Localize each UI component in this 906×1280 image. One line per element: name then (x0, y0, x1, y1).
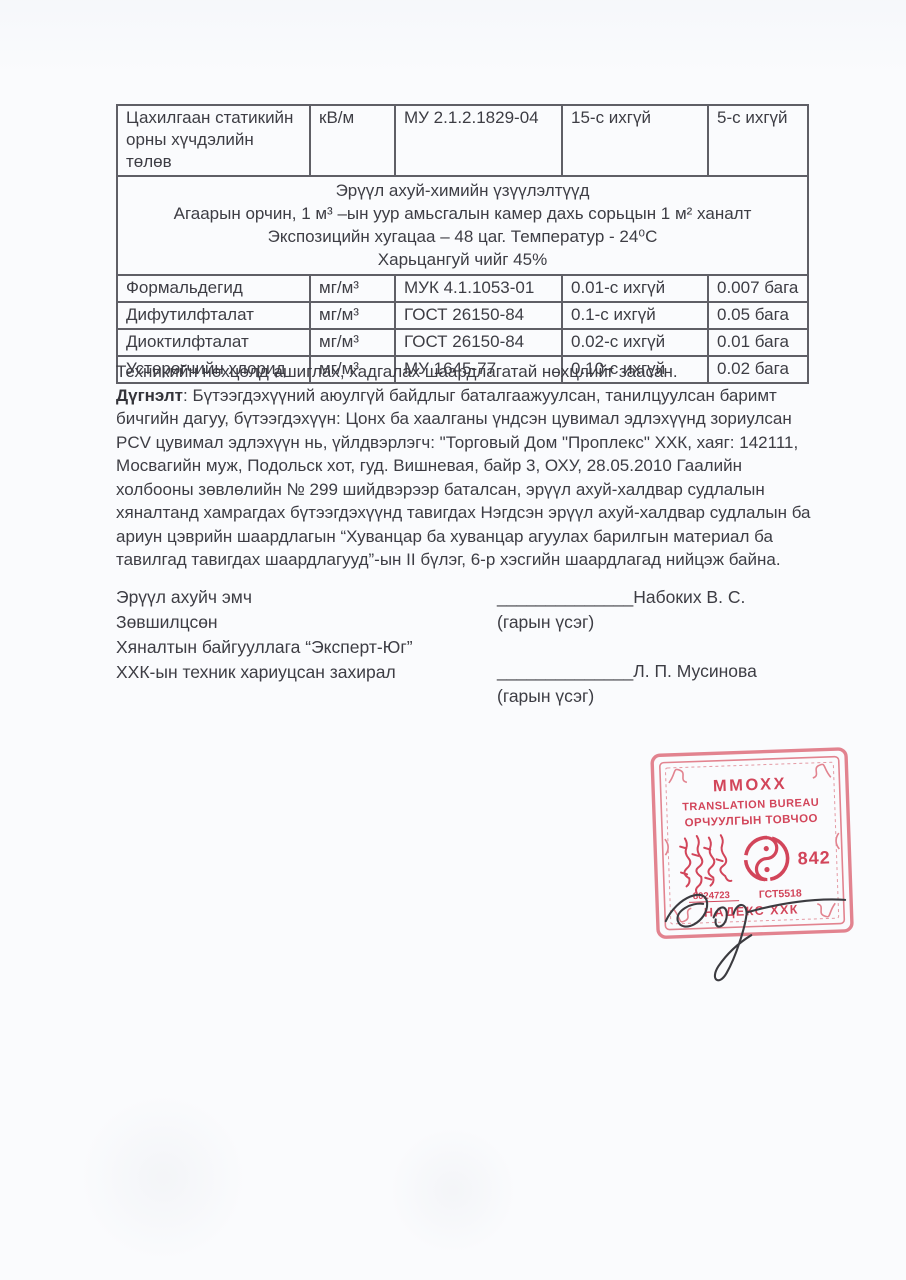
parameter-result: 0.007 бага (708, 275, 808, 302)
parameter-method: ГОСТ 26150-84 (395, 329, 562, 356)
scanned-document-page: Цахилгаан статикийн орны хүчдэлийн төлөв… (0, 0, 906, 1280)
parameter-name: Диоктилфталат (117, 329, 310, 356)
section-humidity: Харьцангуй чийг 45% (122, 248, 803, 271)
test-results-table: Цахилгаан статикийн орны хүчдэлийн төлөв… (116, 104, 809, 384)
stamp-line-mn: ОРЧУУЛГЫН ТОВЧОО (684, 813, 818, 830)
parameter-name: Формальдегид (117, 275, 310, 302)
signer-title-approved: Зөвшилцсөн (116, 610, 413, 635)
parameter-unit: кВ/м (310, 105, 395, 176)
mongolian-script-glyphs (680, 835, 732, 894)
table-row-dibutyl-phthalate: Дифутилфталат мг/м³ ГОСТ 26150-84 0.1-с … (117, 302, 808, 329)
table-row-electrostatic: Цахилгаан статикийн орны хүчдэлийн төлөв… (117, 105, 808, 176)
parameter-result: 0.05 бага (708, 302, 808, 329)
table-row-dioctyl-phthalate: Диоктилфталат мг/м³ ГОСТ 26150-84 0.02-с… (117, 329, 808, 356)
section-header-row: Эрүүл ахуй-химийн үзүүлэлтүүд Агаарын ор… (117, 176, 808, 275)
signature-line-musinova: ______________Л. П. Мусинова (497, 659, 757, 684)
signer-title-director: ХХК-ын техник хариуцсан захирал (116, 660, 413, 685)
conclusion-paragraph: Дүгнэлт: Бүтээгдэхүүний аюулгүй байдлыг … (116, 384, 812, 572)
technical-note: Техникийн нөхцөлд ашиглах, хадгалах шаар… (116, 360, 812, 384)
parameter-method: ГОСТ 26150-84 (395, 302, 562, 329)
stamp-org-abbr: ММОХХ (713, 775, 788, 796)
stamp-number: 842 (797, 847, 831, 868)
stamp-reg-number: 8024723 (693, 890, 730, 902)
section-exposure: Экспозицийн хугацаа – 48 цаг. Температур… (122, 225, 803, 248)
signature-lines: ______________Набоких В. С. (гарын үсэг)… (497, 585, 757, 709)
parameter-name: Цахилгаан статикийн орны хүчдэлийн төлөв (117, 105, 310, 176)
parameter-norm: 0.1-с ихгүй (562, 302, 708, 329)
signer-title-doctor: Эрүүл ахуйч эмч (116, 585, 413, 610)
parameter-method: МУК 4.1.1053-01 (395, 275, 562, 302)
signature-caption: (гарын үсэг) (497, 684, 757, 709)
table-row-formaldehyde: Формальдегид мг/м³ МУК 4.1.1053-01 0.01-… (117, 275, 808, 302)
signature-line-nabokikh: ______________Набоких В. С. (497, 585, 757, 610)
parameter-norm: 15-с ихгүй (562, 105, 708, 176)
conclusion-text: : Бүтээгдэхүүний аюулгүй байдлыг баталга… (116, 386, 811, 570)
conclusion-label: Дүгнэлт (116, 386, 183, 405)
stamp-gst-number: ГСТ5518 (759, 887, 802, 900)
parameter-unit: мг/м³ (310, 329, 395, 356)
parameter-unit: мг/м³ (310, 275, 395, 302)
section-title: Эрүүл ахуй-химийн үзүүлэлтүүд (122, 179, 803, 202)
section-air-conditions: Агаарын орчин, 1 м³ –ын уур амьсгалын ка… (122, 202, 803, 225)
parameter-norm: 0.02-с ихгүй (562, 329, 708, 356)
stamp-emblem (745, 837, 788, 880)
parameter-name: Дифутилфталат (117, 302, 310, 329)
parameter-unit: мг/м³ (310, 302, 395, 329)
signature-caption: (гарын үсэг) (497, 610, 757, 635)
parameter-norm: 0.01-с ихгүй (562, 275, 708, 302)
signer-title-control-org: Хяналтын байгууллага “Эксперт-Юг” (116, 635, 413, 660)
parameter-result: 5-с ихгүй (708, 105, 808, 176)
signature-titles: Эрүүл ахуйч эмч Зөвшилцсөн Хяналтын байг… (116, 585, 413, 685)
parameter-method: МУ 2.1.2.1829-04 (395, 105, 562, 176)
stamp-line-en: TRANSLATION BUREAU (682, 797, 819, 814)
translation-bureau-stamp: ММОХХ TRANSLATION BUREAU ОРЧУУЛГЫН ТОВЧО… (646, 742, 865, 997)
notes-block: Техникийн нөхцөлд ашиглах, хадгалах шаар… (116, 360, 812, 572)
parameter-result: 0.01 бага (708, 329, 808, 356)
